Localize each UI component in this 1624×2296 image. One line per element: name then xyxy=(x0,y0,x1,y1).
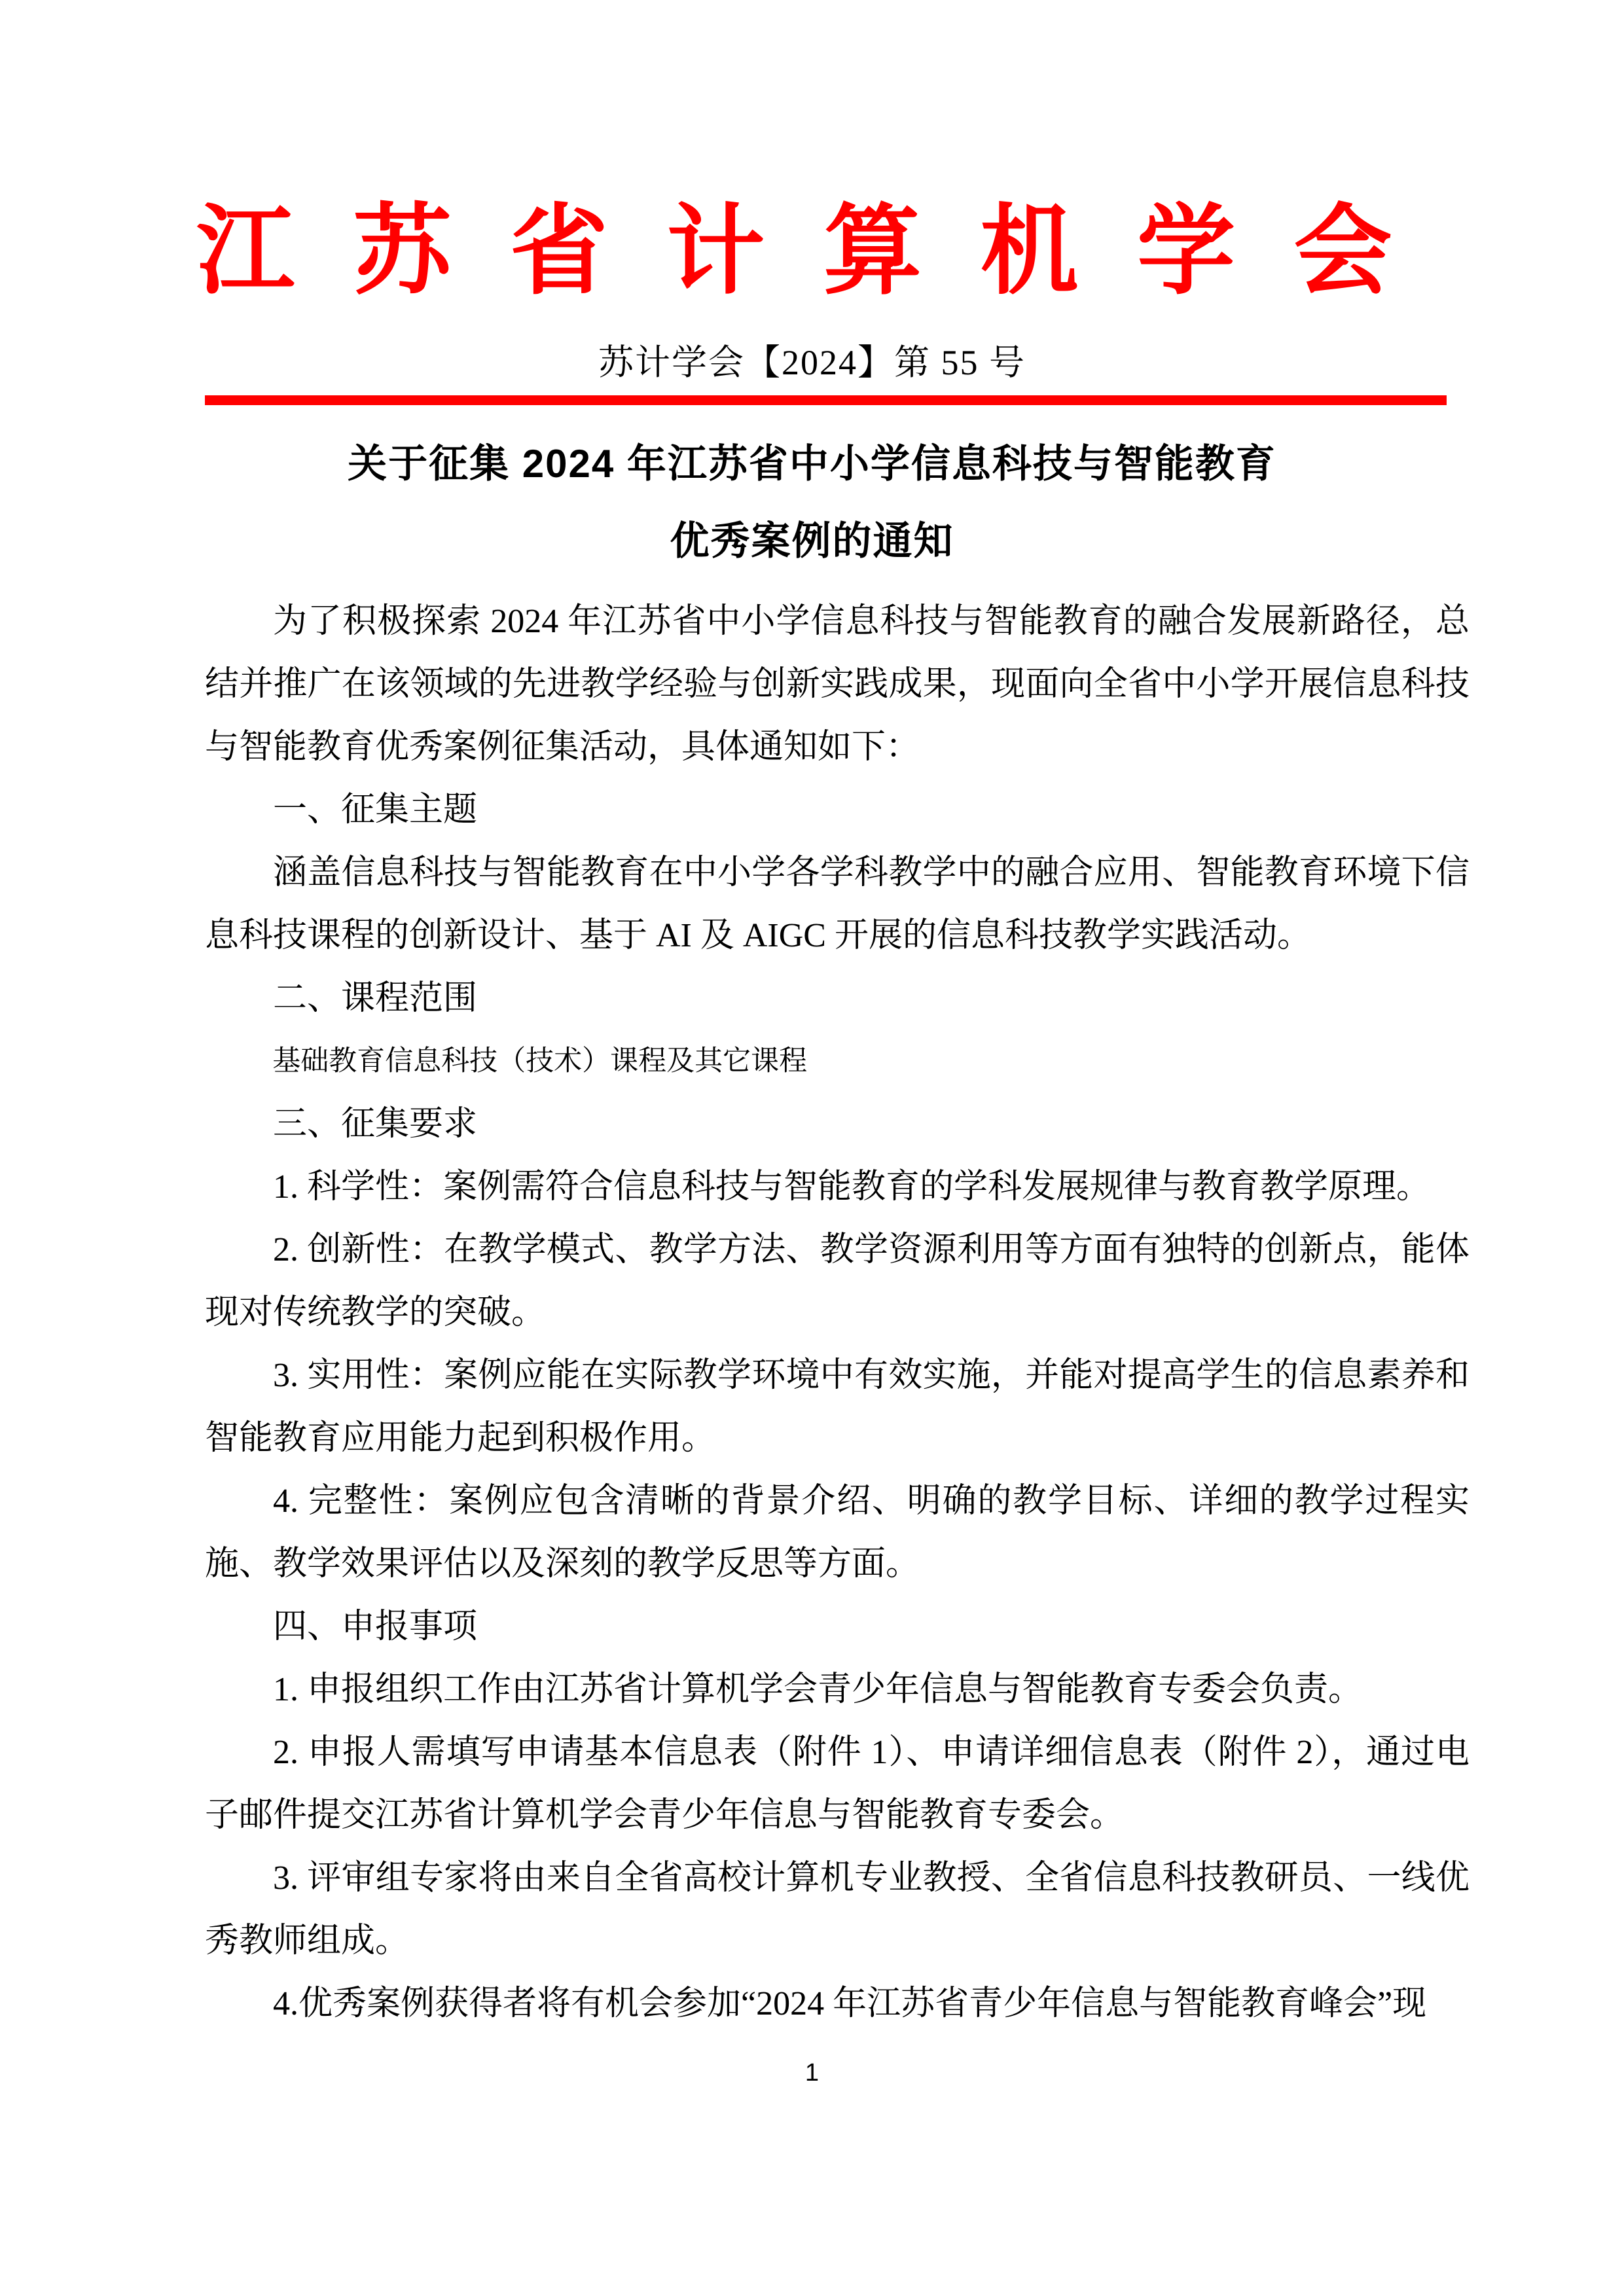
application-item-2: 2. 申报人需填写申请基本信息表（附件 1）、申请详细信息表（附件 2），通过电… xyxy=(205,1721,1470,1847)
document-number: 苏计学会【2024】第 55 号 xyxy=(0,339,1624,386)
section-heading-3: 三、征集要求 xyxy=(205,1093,1470,1156)
society-masthead-title: 江 苏 省 计 算 机 学 会 xyxy=(196,193,1466,311)
notice-title-line2: 优秀案例的通知 xyxy=(0,503,1624,580)
requirement-item-3: 3. 实用性：案例应能在实际教学环境中有效实施，并能对提高学生的信息素养和智能教… xyxy=(205,1344,1470,1470)
document-page: 江 苏 省 计 算 机 学 会 苏计学会【2024】第 55 号 关于征集 20… xyxy=(0,0,1624,2296)
section-heading-2: 二、课程范围 xyxy=(205,967,1470,1030)
page-number: 1 xyxy=(0,2056,1624,2089)
section-heading-4: 四、申报事项 xyxy=(205,1596,1470,1659)
application-item-1: 1. 申报组织工作由江苏省计算机学会青少年信息与智能教育专委会负责。 xyxy=(205,1659,1470,1721)
paragraph-intro: 为了积极探索 2024 年江苏省中小学信息科技与智能教育的融合发展新路径，总结并… xyxy=(205,590,1470,779)
paragraph-section1: 涵盖信息科技与智能教育在中小学各学科教学中的融合应用、智能教育环境下信息科技课程… xyxy=(205,842,1470,967)
application-item-3: 3. 评审组专家将由来自全省高校计算机专业教授、全省信息科技教研员、一线优秀教师… xyxy=(205,1847,1470,1973)
red-divider-line xyxy=(205,395,1447,405)
section-heading-1: 一、征集主题 xyxy=(205,779,1470,842)
paragraph-section2: 基础教育信息科技（技术）课程及其它课程 xyxy=(205,1030,1470,1093)
requirement-item-1: 1. 科学性：案例需符合信息科技与智能教育的学科发展规律与教育教学原理。 xyxy=(205,1156,1470,1219)
notice-title: 关于征集 2024 年江苏省中小学信息科技与智能教育 优秀案例的通知 xyxy=(0,425,1624,580)
notice-title-line1: 关于征集 2024 年江苏省中小学信息科技与智能教育 xyxy=(0,425,1624,503)
requirement-item-4: 4. 完整性：案例应包含清晰的背景介绍、明确的教学目标、详细的教学过程实施、教学… xyxy=(205,1470,1470,1596)
requirement-item-2: 2. 创新性：在教学模式、教学方法、教学资源利用等方面有独特的创新点，能体现对传… xyxy=(205,1219,1470,1344)
notice-body: 为了积极探索 2024 年江苏省中小学信息科技与智能教育的融合发展新路径，总结并… xyxy=(205,590,1470,2036)
application-item-4: 4.优秀案例获得者将有机会参加“2024 年江苏省青少年信息与智能教育峰会”现 xyxy=(205,1973,1470,2036)
